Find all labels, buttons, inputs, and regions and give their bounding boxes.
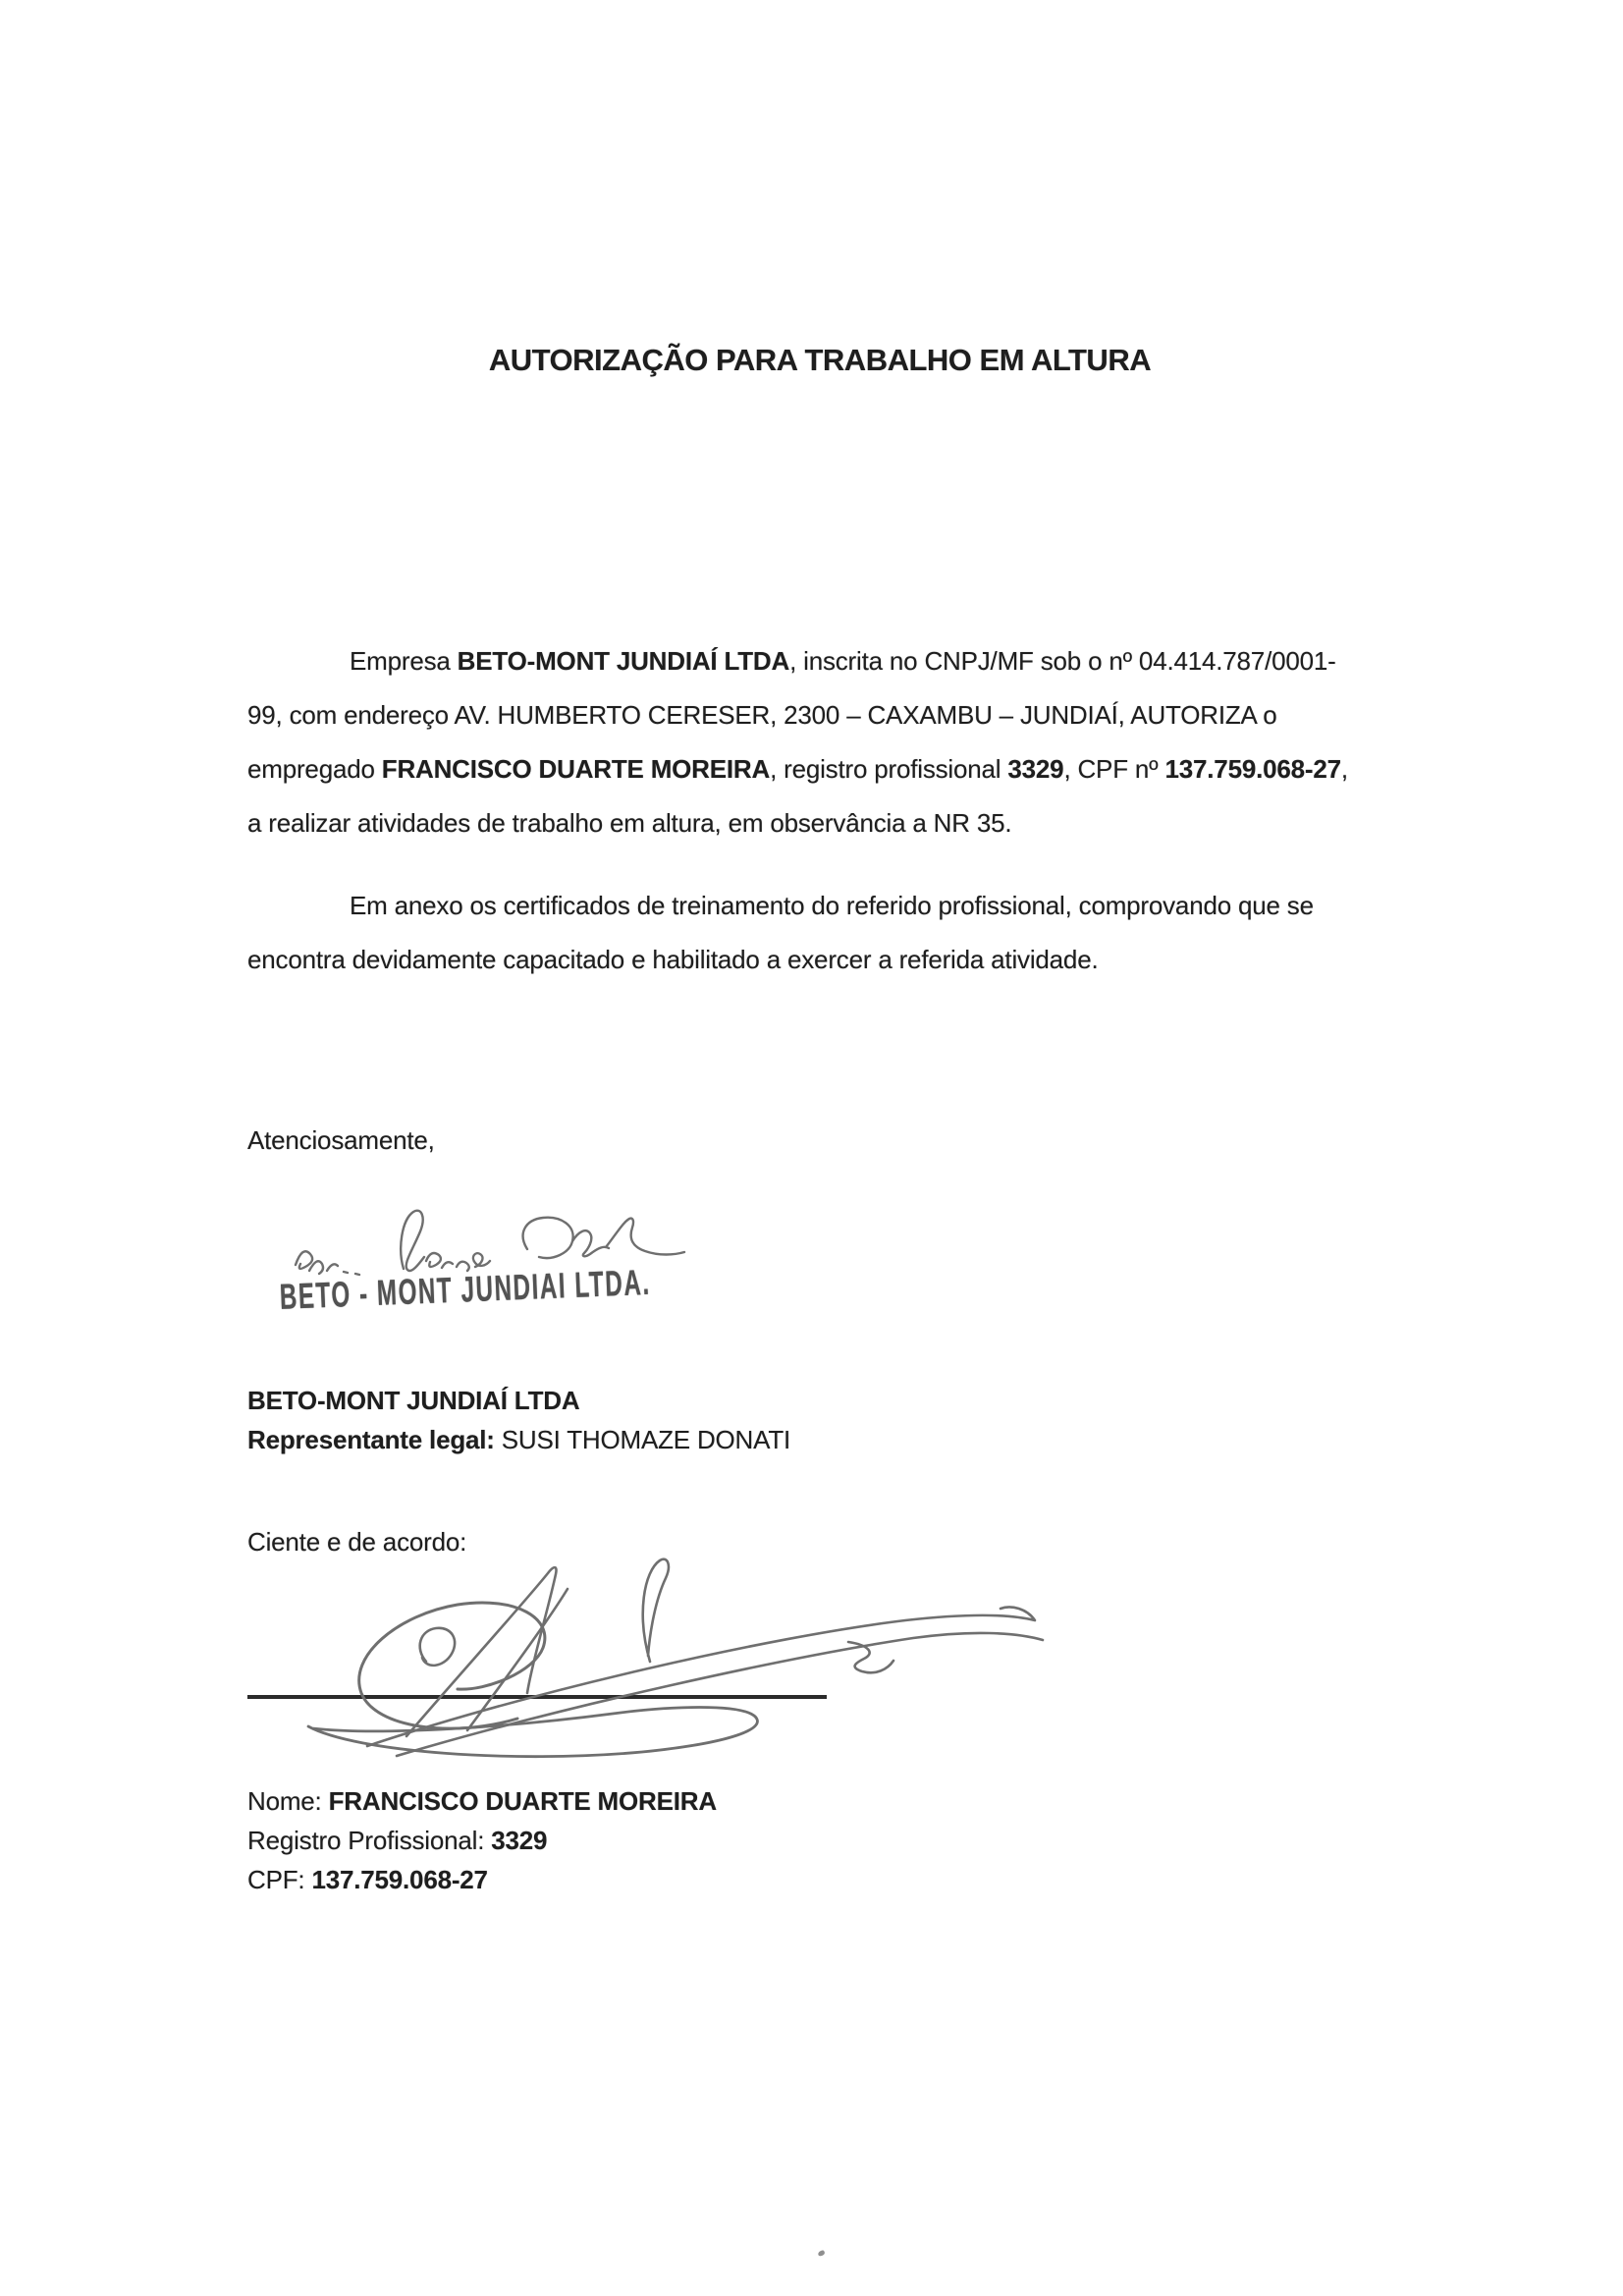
employee-signature-block: Nome: FRANCISCO DUARTE MOREIRA Registro … [247, 1781, 717, 1899]
employee-signature [218, 1544, 1055, 1768]
text-run: SUSI THOMAZE DONATI [502, 1425, 790, 1454]
text-run: encontra devidamente capacitado e habili… [247, 945, 1098, 974]
legal-representative: Representante legal: SUSI THOMAZE DONATI [247, 1420, 790, 1459]
text-run: FRANCISCO DUARTE MOREIRA [329, 1786, 717, 1816]
paragraph-attachments: Em anexo os certificados de treinamento … [247, 879, 1435, 987]
paragraph-line: Em anexo os certificados de treinamento … [247, 879, 1435, 933]
scan-artifact-speck [817, 2250, 825, 2257]
text-run: Em anexo os certificados de treinamento … [350, 891, 1314, 920]
text-run: a realizar atividades de trabalho em alt… [247, 808, 1011, 838]
text-run: Registro Profissional: [247, 1826, 491, 1855]
paragraph-line: Empresa BETO-MONT JUNDIAÍ LTDA, inscrita… [247, 634, 1435, 688]
employee-registry: Registro Profissional: 3329 [247, 1821, 717, 1860]
text-run: , registro profissional [770, 754, 1007, 784]
closing-salutation: Atenciosamente, [247, 1114, 435, 1168]
text-run: 3329 [1007, 754, 1063, 784]
text-run: Empresa [350, 646, 458, 676]
paragraph-line: encontra devidamente capacitado e habili… [247, 933, 1435, 987]
text-run: , [1341, 754, 1348, 784]
text-run: BETO-MONT JUNDIAÍ LTDA [247, 1386, 579, 1415]
paragraph-line: 99, com endereço AV. HUMBERTO CERESER, 2… [247, 688, 1435, 742]
text-run: Nome: [247, 1786, 329, 1816]
document-title: AUTORIZAÇÃO PARA TRABALHO EM ALTURA [236, 343, 1404, 378]
text-run: FRANCISCO DUARTE MOREIRA [382, 754, 770, 784]
text-run: Representante legal: [247, 1425, 502, 1454]
employee-name: Nome: FRANCISCO DUARTE MOREIRA [247, 1781, 717, 1821]
scanned-document-page: AUTORIZAÇÃO PARA TRABALHO EM ALTURA Empr… [0, 0, 1623, 2296]
text-run: 137.759.068-27 [1165, 754, 1341, 784]
text-run: CPF: [247, 1865, 311, 1894]
text-run: 137.759.068-27 [311, 1865, 487, 1894]
paragraph-company-authorization: Empresa BETO-MONT JUNDIAÍ LTDA, inscrita… [247, 634, 1435, 850]
paragraph-line: empregado FRANCISCO DUARTE MOREIRA, regi… [247, 742, 1435, 796]
paragraph-line: a realizar atividades de trabalho em alt… [247, 796, 1435, 850]
employee-cpf: CPF: 137.759.068-27 [247, 1860, 717, 1899]
text-run: empregado [247, 754, 382, 784]
text-run: , inscrita no CNPJ/MF sob o nº 04.414.78… [789, 646, 1336, 676]
text-run: BETO-MONT JUNDIAÍ LTDA [458, 646, 789, 676]
company-signature-block: BETO-MONT JUNDIAÍ LTDA Representante leg… [247, 1381, 790, 1459]
text-run: 3329 [491, 1826, 547, 1855]
text-run: 99, com endereço AV. HUMBERTO CERESER, 2… [247, 700, 1277, 730]
company-name: BETO-MONT JUNDIAÍ LTDA [247, 1381, 790, 1420]
text-run: , CPF nº [1063, 754, 1164, 784]
